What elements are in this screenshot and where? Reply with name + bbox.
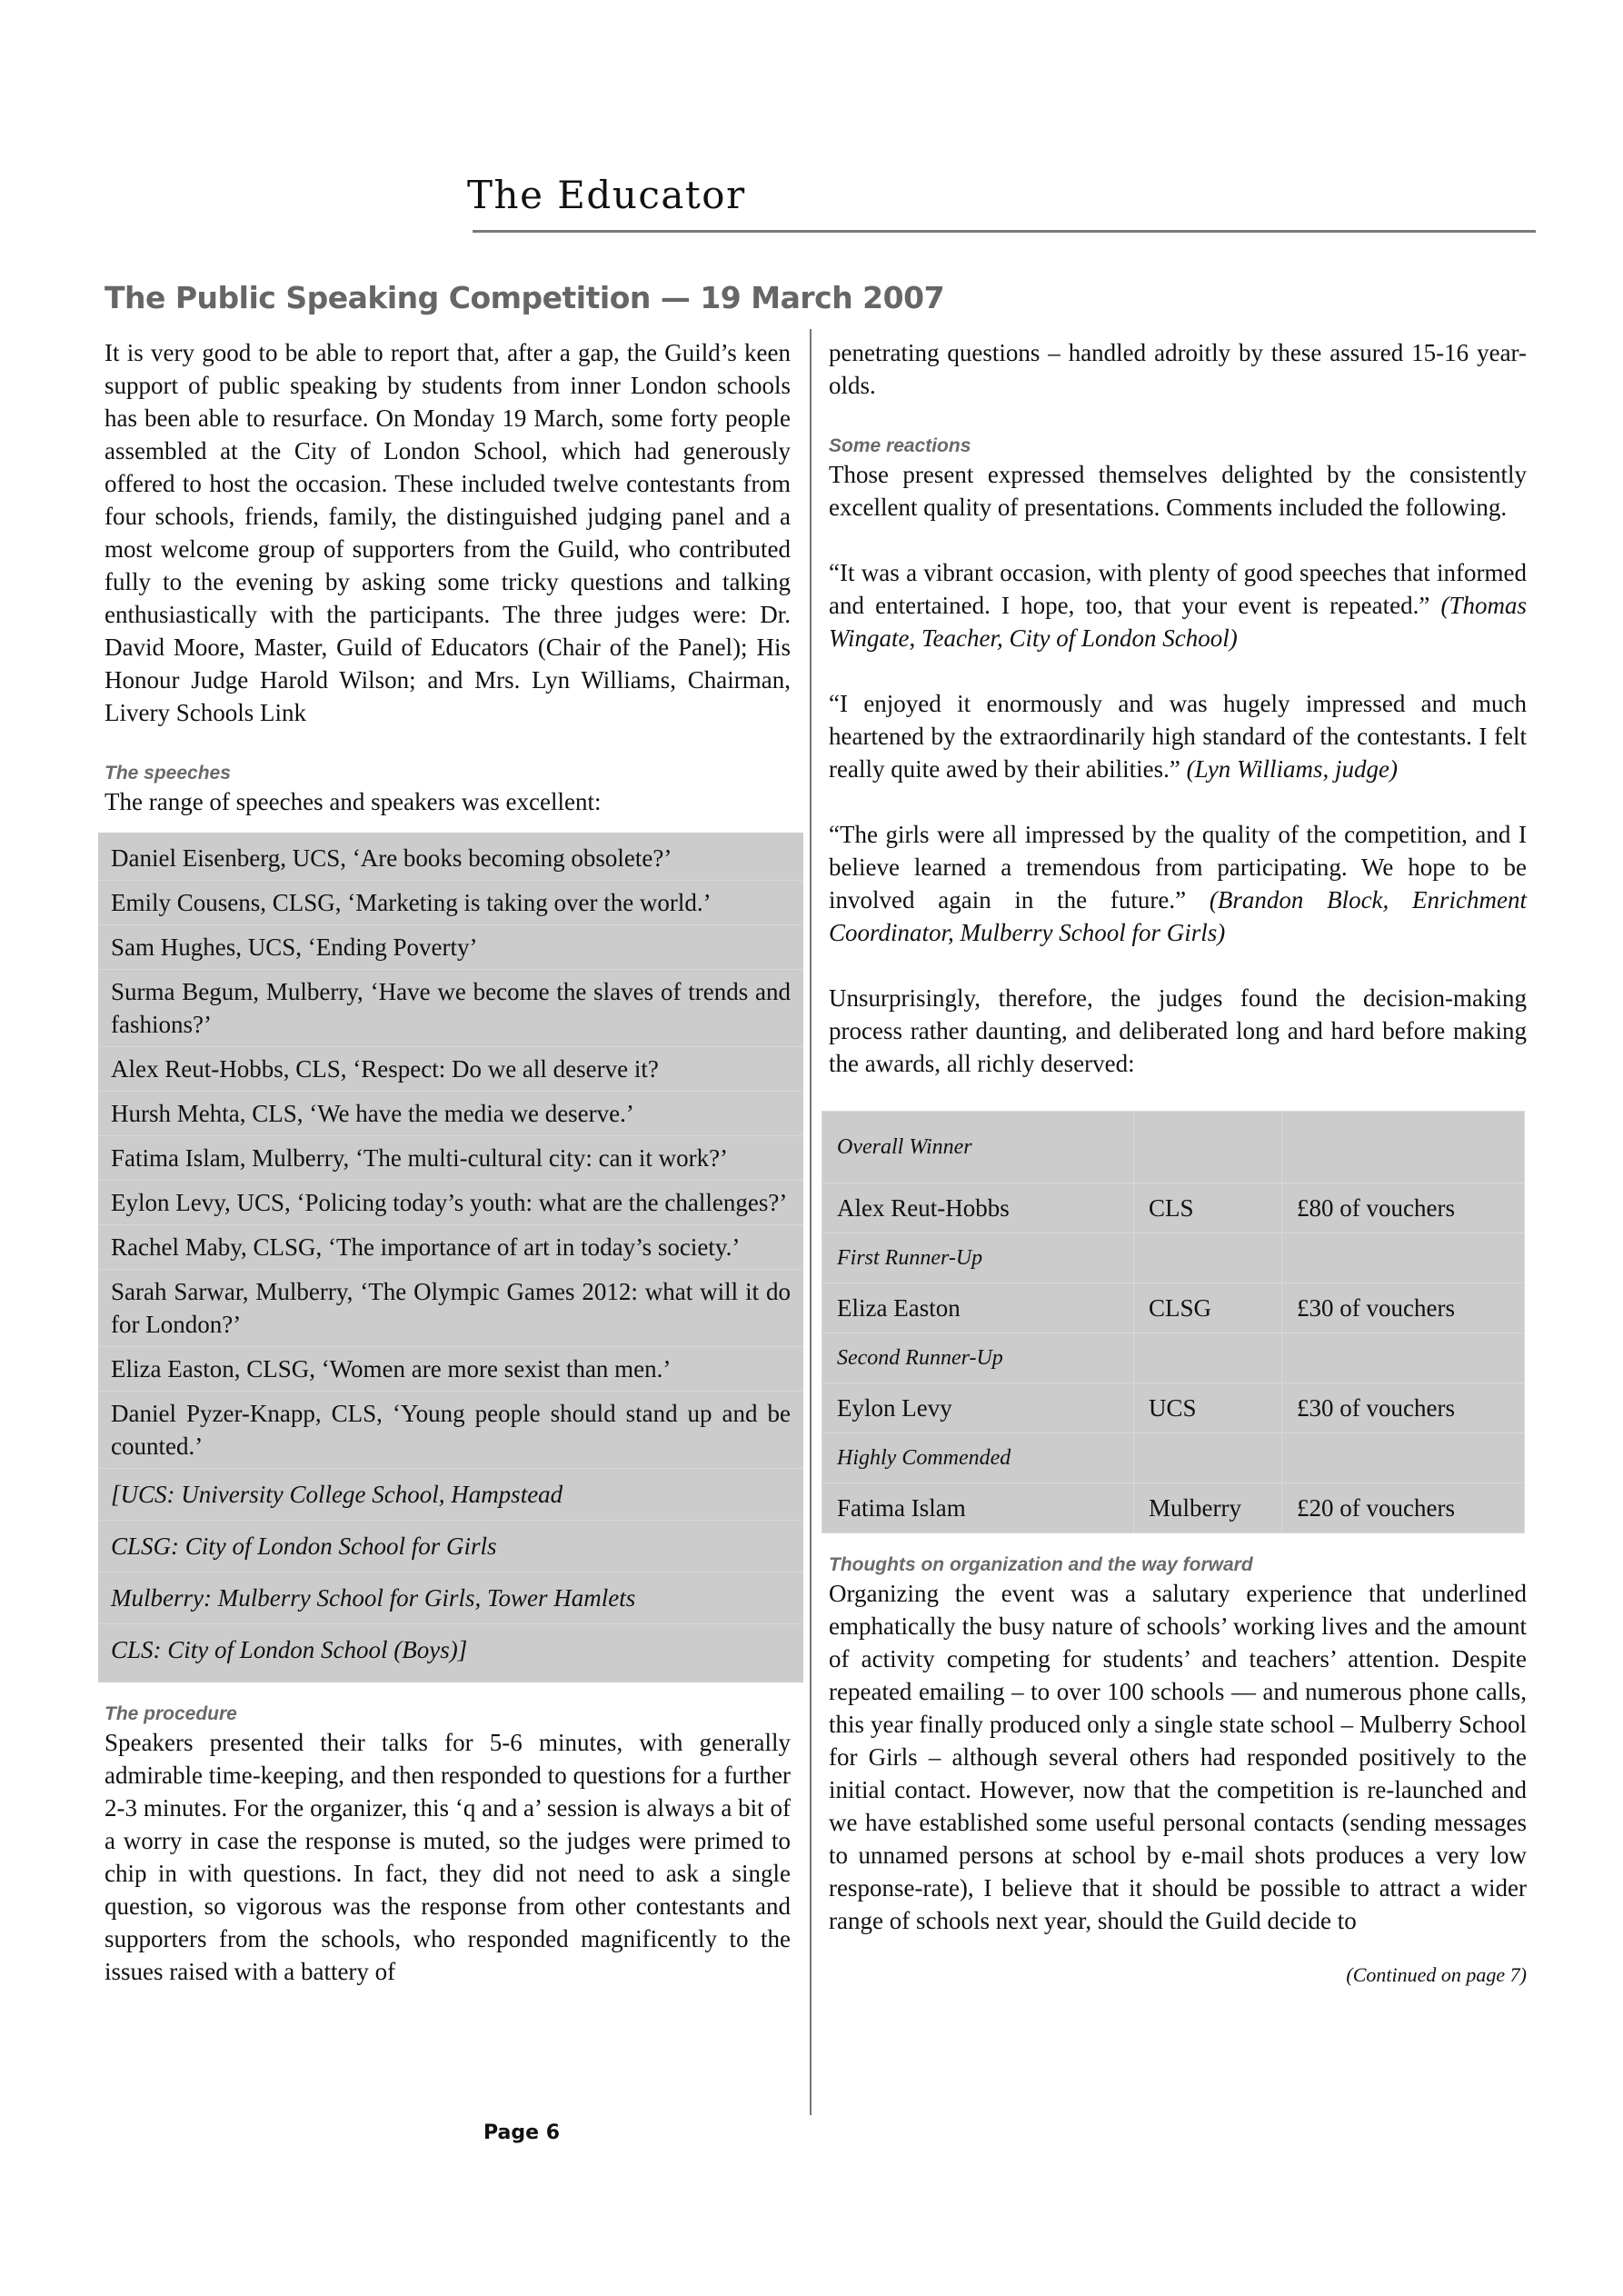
speeches-lead: The range of speeches and speakers was e… <box>105 785 791 818</box>
award-row: Eylon Levy UCS £30 of vouchers <box>822 1383 1525 1433</box>
speech-row: Daniel Eisenberg, UCS, ‘Are books becomi… <box>98 836 803 880</box>
award-school: CLS <box>1134 1183 1282 1233</box>
column-divider <box>810 329 811 2115</box>
speech-row: Hursh Mehta, CLS, ‘We have the media we … <box>98 1091 803 1135</box>
award-category-row: Highly Commended <box>822 1433 1525 1483</box>
award-name: Eliza Easton <box>822 1283 1134 1333</box>
speech-row: Daniel Pyzer-Knapp, CLS, ‘Young people s… <box>98 1391 803 1468</box>
left-column: It is very good to be able to report tha… <box>105 336 791 1988</box>
subhead-reactions: Some reactions <box>829 434 1527 458</box>
reactions-lead: Those present expressed themselves delig… <box>829 458 1527 524</box>
quote-paragraph: “I enjoyed it enormously and was hugely … <box>829 687 1527 785</box>
school-key-row: CLS: City of London School (Boys)] <box>98 1623 803 1675</box>
quote-paragraph: “The girls were all impressed by the qua… <box>829 818 1527 949</box>
speech-row: Sam Hughes, UCS, ‘Ending Poverty’ <box>98 924 803 969</box>
award-category-row: First Runner-Up <box>822 1233 1525 1283</box>
award-category: Overall Winner <box>822 1112 1134 1183</box>
subhead-way-forward: Thoughts on organization and the way for… <box>829 1553 1527 1577</box>
right-column: penetrating questions – handled adroitly… <box>829 336 1527 1992</box>
award-category: Second Runner-Up <box>822 1333 1134 1383</box>
procedure-paragraph: Speakers presented their talks for 5-6 m… <box>105 1726 791 1988</box>
awards-table: Overall Winner Alex Reut-Hobbs CLS £80 o… <box>821 1111 1525 1533</box>
award-row: Eliza Easton CLSG £30 of vouchers <box>822 1283 1525 1333</box>
award-category: Highly Commended <box>822 1433 1134 1483</box>
award-prize: £20 of vouchers <box>1282 1483 1525 1533</box>
speeches-table: Daniel Eisenberg, UCS, ‘Are books becomi… <box>98 833 803 1682</box>
award-prize: £80 of vouchers <box>1282 1183 1525 1233</box>
procedure-continuation: penetrating questions – handled adroitly… <box>829 336 1527 402</box>
award-category: First Runner-Up <box>822 1233 1134 1283</box>
quote-paragraph: “It was a vibrant occasion, with plenty … <box>829 556 1527 654</box>
speech-row: Fatima Islam, Mulberry, ‘The multi-cultu… <box>98 1135 803 1180</box>
continued-link[interactable]: (Continued on page 7) <box>829 1959 1527 1992</box>
award-row: Fatima Islam Mulberry £20 of vouchers <box>822 1483 1525 1533</box>
awards-lead: Unsurprisingly, therefore, the judges fo… <box>829 982 1527 1080</box>
way-forward-paragraph: Organizing the event was a salutary expe… <box>829 1577 1527 1937</box>
award-school: UCS <box>1134 1383 1282 1433</box>
school-key-row: CLSG: City of London School for Girls <box>98 1520 803 1572</box>
speech-row: Rachel Maby, CLSG, ‘The importance of ar… <box>98 1224 803 1269</box>
award-prize: £30 of vouchers <box>1282 1283 1525 1333</box>
speech-row: Sarah Sarwar, Mulberry, ‘The Olympic Gam… <box>98 1269 803 1346</box>
subhead-speeches: The speeches <box>105 762 791 785</box>
award-prize: £30 of vouchers <box>1282 1383 1525 1433</box>
award-name: Alex Reut-Hobbs <box>822 1183 1134 1233</box>
speech-row: Emily Cousens, CLSG, ‘Marketing is takin… <box>98 880 803 924</box>
subhead-procedure: The procedure <box>105 1702 791 1726</box>
masthead-rule <box>473 230 1536 233</box>
award-school: CLSG <box>1134 1283 1282 1333</box>
article-headline: The Public Speaking Competition — 19 Mar… <box>105 280 944 315</box>
award-name: Eylon Levy <box>822 1383 1134 1433</box>
award-category-row: Overall Winner <box>822 1112 1525 1183</box>
school-key-row: [UCS: University College School, Hampste… <box>98 1468 803 1520</box>
award-category-row: Second Runner-Up <box>822 1333 1525 1383</box>
speech-row: Alex Reut-Hobbs, CLS, ‘Respect: Do we al… <box>98 1046 803 1091</box>
award-school: Mulberry <box>1134 1483 1282 1533</box>
intro-paragraph: It is very good to be able to report tha… <box>105 336 791 729</box>
speech-row: Eylon Levy, UCS, ‘Policing today’s youth… <box>98 1180 803 1224</box>
page-number: Page 6 <box>483 2121 560 2144</box>
quote-text: “It was a vibrant occasion, with plenty … <box>829 559 1527 619</box>
speech-row: Eliza Easton, CLSG, ‘Women are more sexi… <box>98 1346 803 1391</box>
quote-text: “I enjoyed it enormously and was hugely … <box>829 690 1527 783</box>
quote-attribution: (Lyn Williams, judge) <box>1187 755 1398 783</box>
speech-row: Surma Begum, Mulberry, ‘Have we become t… <box>98 969 803 1046</box>
masthead-title: The Educator <box>467 173 746 217</box>
school-key-row: Mulberry: Mulberry School for Girls, Tow… <box>98 1572 803 1623</box>
award-row: Alex Reut-Hobbs CLS £80 of vouchers <box>822 1183 1525 1233</box>
award-name: Fatima Islam <box>822 1483 1134 1533</box>
